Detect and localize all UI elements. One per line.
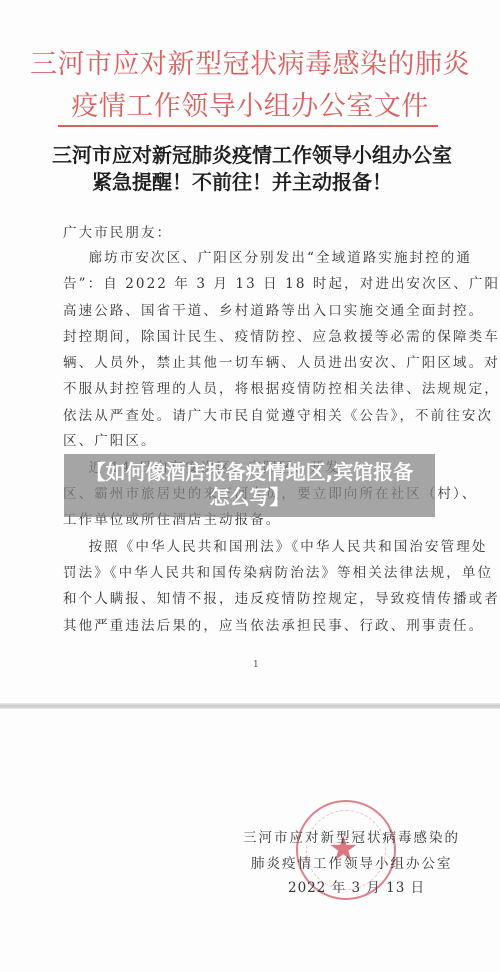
signature-date: 2022 年 3 月 13 日 <box>288 876 425 896</box>
body-line: 封控期间，除国计民生、疫情防控、应急救援等必需的保障类车 <box>63 325 500 345</box>
notice-title-line1: 三河市应对新冠肺炎疫情工作领导小组办公室 <box>2 139 500 168</box>
body-line: 按照《中华人民共和国刑法》《中华人民共和国治安管理处 <box>63 535 487 555</box>
signature-org-line1: 三河市应对新型冠状病毒感染的 <box>243 826 460 846</box>
body-line: 不服从封控管理的人员，将根据疫情防控相关法律、法规规定， <box>63 377 500 397</box>
body-line: 区、广阳区。 <box>63 429 157 449</box>
header-red-rule <box>58 125 438 127</box>
document-page-1: 三河市应对新型冠状病毒感染的肺炎 疫情工作领导小组办公室文件 三河市应对新冠肺炎… <box>0 0 500 704</box>
body-line: 和个人瞒报、知情不报，违反疫情防控规定，导致疫情传播或者 <box>63 587 500 607</box>
body-line: 高速公路、国省干道、乡村道路等出入口实施交通全面封控。 <box>63 299 484 319</box>
signature-org-line2: 肺炎疫情工作领导小组办公室 <box>251 852 453 872</box>
page-separator <box>0 703 500 709</box>
body-line: 告”：自 2022 年 3 月 13 日 18 时起，对进出安次区、广阳区的 <box>63 272 500 292</box>
body-line: 依法从严查处。请广大市民自觉遵守相关《公告》，不前往安次 <box>63 404 493 424</box>
body-line: 罚法》《中华人民共和国传染病防治法》等相关法律法规，单位 <box>63 561 493 581</box>
document-header-title-line2: 疫情工作领导小组办公室文件 <box>0 84 500 123</box>
caption-overlay: 【如何像酒店报备疫情地区,宾馆报备怎么写】 <box>64 454 435 517</box>
body-line: 廊坊市安次区、广阳区分别发出“全域道路实施封控的通 <box>63 246 472 266</box>
document-header-title-line1: 三河市应对新型冠状病毒感染的肺炎 <box>0 42 500 81</box>
body-line: 其他严重违法后果的，应当依法承担民事、行政、刑事责任。 <box>63 614 484 634</box>
body-line: 辆、人员外，禁止其他一切车辆、人员进出安次、广阳区域。对 <box>63 351 500 371</box>
body-line-salutation: 广大市民朋友： <box>63 221 172 241</box>
caption-overlay-text: 【如何像酒店报备疫情地区,宾馆报备怎么写】 <box>64 460 435 510</box>
page-number: 1 <box>253 660 259 670</box>
notice-title-line2: 紧急提醒！不前往！并主动报备！ <box>0 166 492 195</box>
